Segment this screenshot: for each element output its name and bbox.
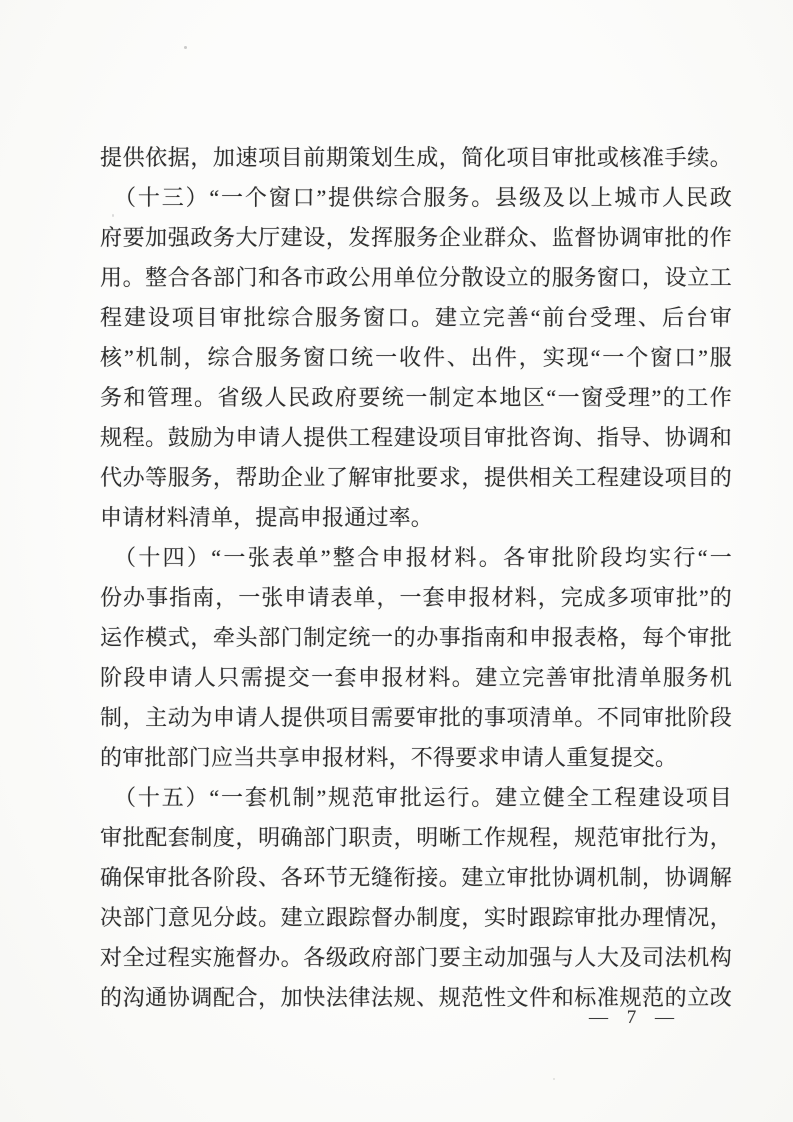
page-number: — 7 —	[589, 1004, 675, 1032]
text-line: 代办等服务，帮助企业了解审批要求，提供相关工程建设项目的	[100, 458, 732, 498]
text-line: 制，主动为申请人提供项目需要审批的事项清单。不同审批阶段	[100, 698, 732, 738]
text-line: 规程。鼓励为申请人提供工程建设项目审批咨询、指导、协调和	[100, 418, 732, 458]
text-line: 份办事指南，一张申请表单，一套申报材料，完成多项审批”的	[100, 578, 732, 618]
text-line: 用。整合各部门和各市政公用单位分散设立的服务窗口，设立工	[100, 258, 732, 298]
scan-speck	[184, 46, 187, 49]
text-line: 的审批部门应当共享申报材料，不得要求申请人重复提交。	[100, 738, 732, 778]
document-page: 提供依据，加速项目前期策划生成，简化项目审批或核准手续。 （十三）“一个窗口”提…	[0, 0, 793, 1122]
text-line: 提供依据，加速项目前期策划生成，简化项目审批或核准手续。	[100, 138, 732, 178]
text-line: 申请材料清单，提高申报通过率。	[100, 498, 732, 538]
text-line: 对全过程实施督办。各级政府部门要主动加强与人大及司法机构	[100, 938, 732, 978]
text-line: 确保审批各阶段、各环节无缝衔接。建立审批协调机制，协调解	[100, 858, 732, 898]
text-line: （十五）“一套机制”规范审批运行。建立健全工程建设项目	[100, 778, 732, 818]
scan-speck	[112, 214, 114, 217]
scan-speck	[553, 1078, 555, 1080]
text-line: 决部门意见分歧。建立跟踪督办制度，实时跟踪审批办理情况，	[100, 898, 732, 938]
text-line: 府要加强政务大厅建设，发挥服务企业群众、监督协调审批的作	[100, 218, 732, 258]
text-line: 审批配套制度，明确部门职责，明晰工作规程，规范审批行为，	[100, 818, 732, 858]
text-line: 程建设项目审批综合服务窗口。建立完善“前台受理、后台审	[100, 298, 732, 338]
text-line: 核”机制，综合服务窗口统一收件、出件，实现“一个窗口”服	[100, 338, 732, 378]
text-line: 阶段申请人只需提交一套申报材料。建立完善审批清单服务机	[100, 658, 732, 698]
text-line: （十三）“一个窗口”提供综合服务。县级及以上城市人民政	[100, 178, 732, 218]
text-line: 运作模式，牵头部门制定统一的办事指南和申报表格，每个审批	[100, 618, 732, 658]
text-line: 务和管理。省级人民政府要统一制定本地区“一窗受理”的工作	[100, 378, 732, 418]
document-body: 提供依据，加速项目前期策划生成，简化项目审批或核准手续。 （十三）“一个窗口”提…	[100, 138, 732, 1018]
text-line: （十四）“一张表单”整合申报材料。各审批阶段均实行“一	[100, 538, 732, 578]
